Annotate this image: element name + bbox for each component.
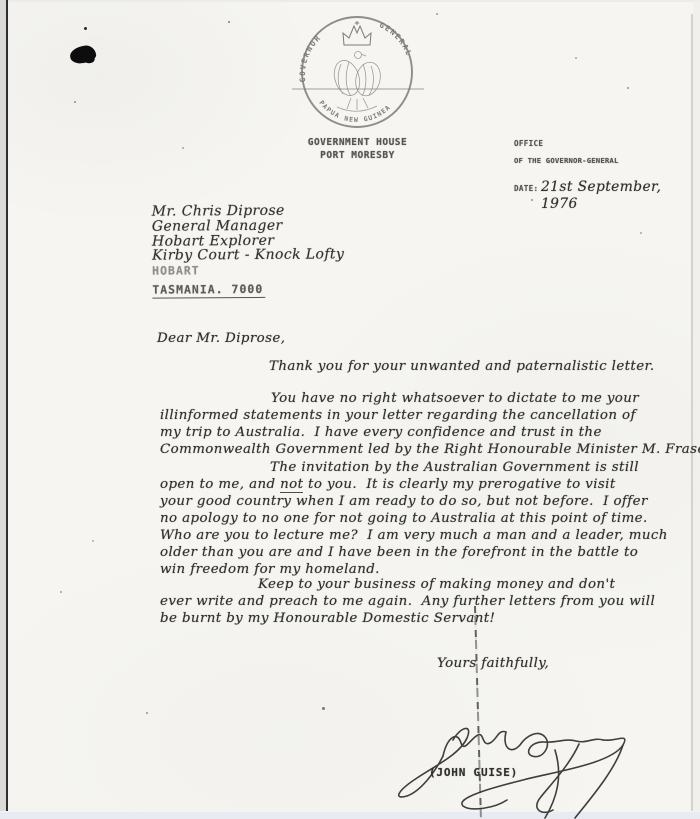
letterhead-station-line1: GOVERNMENT HOUSE [290,137,425,148]
salutation: Dear Mr. Diprose, [157,330,285,347]
ink-speck [575,57,577,59]
letterhead-office-line1: OFFICE [514,139,543,148]
body-line: open to me, and not to you. It is clearl… [160,476,668,493]
ink-speck [92,540,94,542]
body-line: Who are you to lecture me? I am very muc… [160,527,668,544]
recipient-line: General Manager [152,218,344,234]
body-line: Commonwealth Government led by the Right… [160,441,700,458]
paragraph-2: You have no right whatsoever to dictate … [160,390,700,458]
ink-blot [69,44,97,64]
body-line: Keep to your business of making money an… [160,576,655,593]
bird-of-paradise-icon [330,52,384,112]
body-line: my trip to Australia. I have every confi… [160,424,700,441]
seal-right-arc-text: GENERAL [378,20,414,58]
body-line: ever write and preach to me again. Any f… [160,593,655,610]
scan-top-edge [0,0,700,2]
letterhead-office-line2: OF THE GOVERNOR-GENERAL [514,156,619,165]
paragraph-3: The invitation by the Australian Governm… [160,459,668,578]
ink-speck [627,87,629,89]
recipient-line: Kirby Court - Knock Lofty [152,248,344,264]
scan-left-edge-line [6,0,8,813]
ink-speck [531,199,533,201]
typed-signatory-name: (JOHN GUISE) [429,766,518,780]
body-line: Thank you for your unwanted and paternal… [269,358,655,375]
body-line: be burnt by my Honourable Domestic Serva… [160,610,655,627]
ink-speck [146,712,148,714]
ink-speck [74,101,76,103]
letterhead-station-line2: PORT MORESBY [290,150,425,161]
ink-speck [640,232,642,234]
body-line: no apology to no one for not going to Au… [160,510,668,527]
body-line: your good country when I am ready to do … [160,493,668,510]
body-line: illinformed statements in your letter re… [160,407,700,424]
signature [383,698,655,819]
recipient-address: Mr. Chris Diprose General Manager Hobart… [152,203,345,293]
recipient-line-underlined: TASMANIA. 7000 [152,282,265,299]
valediction: Yours faithfully, [437,655,549,672]
ink-speck [84,27,87,30]
date-value: 21st September, 1976 [541,179,700,213]
governor-general-seal-icon: GOVERNOR GENERAL PAPUA NEW GUINEA [292,12,424,134]
crown-icon [343,21,371,45]
ink-speck [60,591,62,593]
paragraph-1: Thank you for your unwanted and paternal… [269,358,655,375]
scanned-letter: GOVERNOR GENERAL PAPUA NEW GUINEA GOVERN… [0,0,700,819]
ink-speck [228,21,230,23]
body-line: The invitation by the Australian Governm… [160,459,668,476]
recipient-line: HOBART [152,263,344,279]
underlined-word: not [280,477,303,493]
ink-speck [436,13,438,15]
body-line: You have no right whatsoever to dictate … [160,390,700,407]
ink-speck [182,147,184,149]
ink-speck [322,707,325,710]
body-line: older than you are and I have been in th… [160,544,668,561]
date-label: DATE: [514,184,538,193]
paragraph-4: Keep to your business of making money an… [160,576,655,627]
seal-left-arc-text: GOVERNOR [298,33,323,83]
body-text: open to me, and [160,477,280,492]
body-text: to you. It is clearly my prerogative to … [303,477,615,492]
